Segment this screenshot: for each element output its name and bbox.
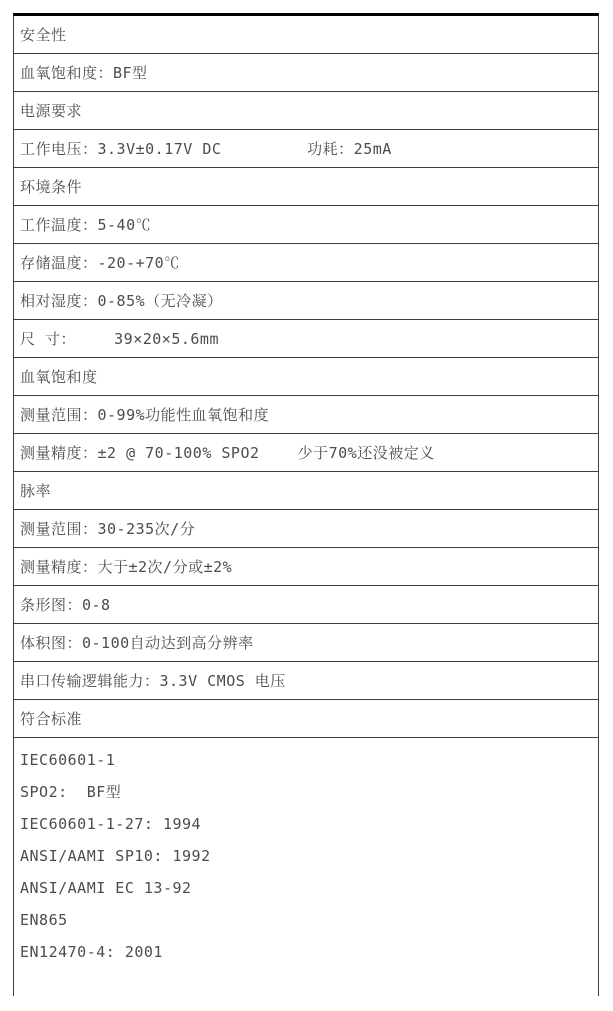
spec-text: 工作电压：3.3V±0.17V DC 功耗：25mA <box>20 138 598 159</box>
spec-row: 测量精度：大于±2次/分或±2% <box>14 548 598 586</box>
spec-row: 脉率 <box>14 472 598 510</box>
spec-row: 安全性 <box>14 16 598 54</box>
spec-text: 测量范围：0-99%功能性血氧饱和度 <box>20 404 598 425</box>
spec-row: 测量范围：30-235次/分 <box>14 510 598 548</box>
spec-row: 相对湿度：0-85%（无冷凝） <box>14 282 598 320</box>
spec-row: 符合标准 <box>14 700 598 738</box>
spec-text: 血氧饱和度 <box>20 366 598 387</box>
spec-row: 测量范围：0-99%功能性血氧饱和度 <box>14 396 598 434</box>
spec-row: 工作温度：5-40℃ <box>14 206 598 244</box>
spec-text: 测量范围：30-235次/分 <box>20 518 598 539</box>
spec-text: 串口传输逻辑能力：3.3V CMOS 电压 <box>20 670 598 691</box>
spec-text: 工作温度：5-40℃ <box>20 214 598 235</box>
spec-text: 测量精度：大于±2次/分或±2% <box>20 556 598 577</box>
spec-row: 环境条件 <box>14 168 598 206</box>
spec-text: 脉率 <box>20 480 598 501</box>
spec-row: 存储温度：-20-+70℃ <box>14 244 598 282</box>
spec-table: 安全性血氧饱和度：BF型电源要求工作电压：3.3V±0.17V DC 功耗：25… <box>13 13 599 996</box>
spec-row: 电源要求 <box>14 92 598 130</box>
spec-text: 符合标准 <box>20 708 598 729</box>
spec-text: IEC60601-1 <box>20 744 598 776</box>
spec-text: 安全性 <box>20 24 598 45</box>
spec-text: SPO2: BF型 <box>20 776 598 808</box>
spec-row: 串口传输逻辑能力：3.3V CMOS 电压 <box>14 662 598 700</box>
spec-row: 体积图：0-100自动达到高分辨率 <box>14 624 598 662</box>
spec-text: 尺 寸： 39×20×5.6mm <box>20 328 598 349</box>
spec-text: 条形图：0-8 <box>20 594 598 615</box>
spec-text: 测量精度：±2 @ 70-100% SPO2 少于70%还没被定义 <box>20 442 598 463</box>
spec-text: ANSI/AAMI EC 13-92 <box>20 872 598 904</box>
spec-text: 相对湿度：0-85%（无冷凝） <box>20 290 598 311</box>
spec-row: 工作电压：3.3V±0.17V DC 功耗：25mA <box>14 130 598 168</box>
spec-row: 条形图：0-8 <box>14 586 598 624</box>
spec-text: EN12470-4: 2001 <box>20 936 598 968</box>
spec-text: IEC60601-1-27: 1994 <box>20 808 598 840</box>
spec-text: 电源要求 <box>20 100 598 121</box>
spec-text: 环境条件 <box>20 176 598 197</box>
spec-text: 存储温度：-20-+70℃ <box>20 252 598 273</box>
spec-row: 尺 寸： 39×20×5.6mm <box>14 320 598 358</box>
spec-row: 血氧饱和度：BF型 <box>14 54 598 92</box>
spec-text: 血氧饱和度：BF型 <box>20 62 598 83</box>
spec-row: 测量精度：±2 @ 70-100% SPO2 少于70%还没被定义 <box>14 434 598 472</box>
spec-row: 血氧饱和度 <box>14 358 598 396</box>
spec-text: EN865 <box>20 904 598 936</box>
spec-text: 体积图：0-100自动达到高分辨率 <box>20 632 598 653</box>
spec-text: ANSI/AAMI SP10: 1992 <box>20 840 598 872</box>
spec-row: IEC60601-1SPO2: BF型IEC60601-1-27: 1994AN… <box>14 738 598 996</box>
